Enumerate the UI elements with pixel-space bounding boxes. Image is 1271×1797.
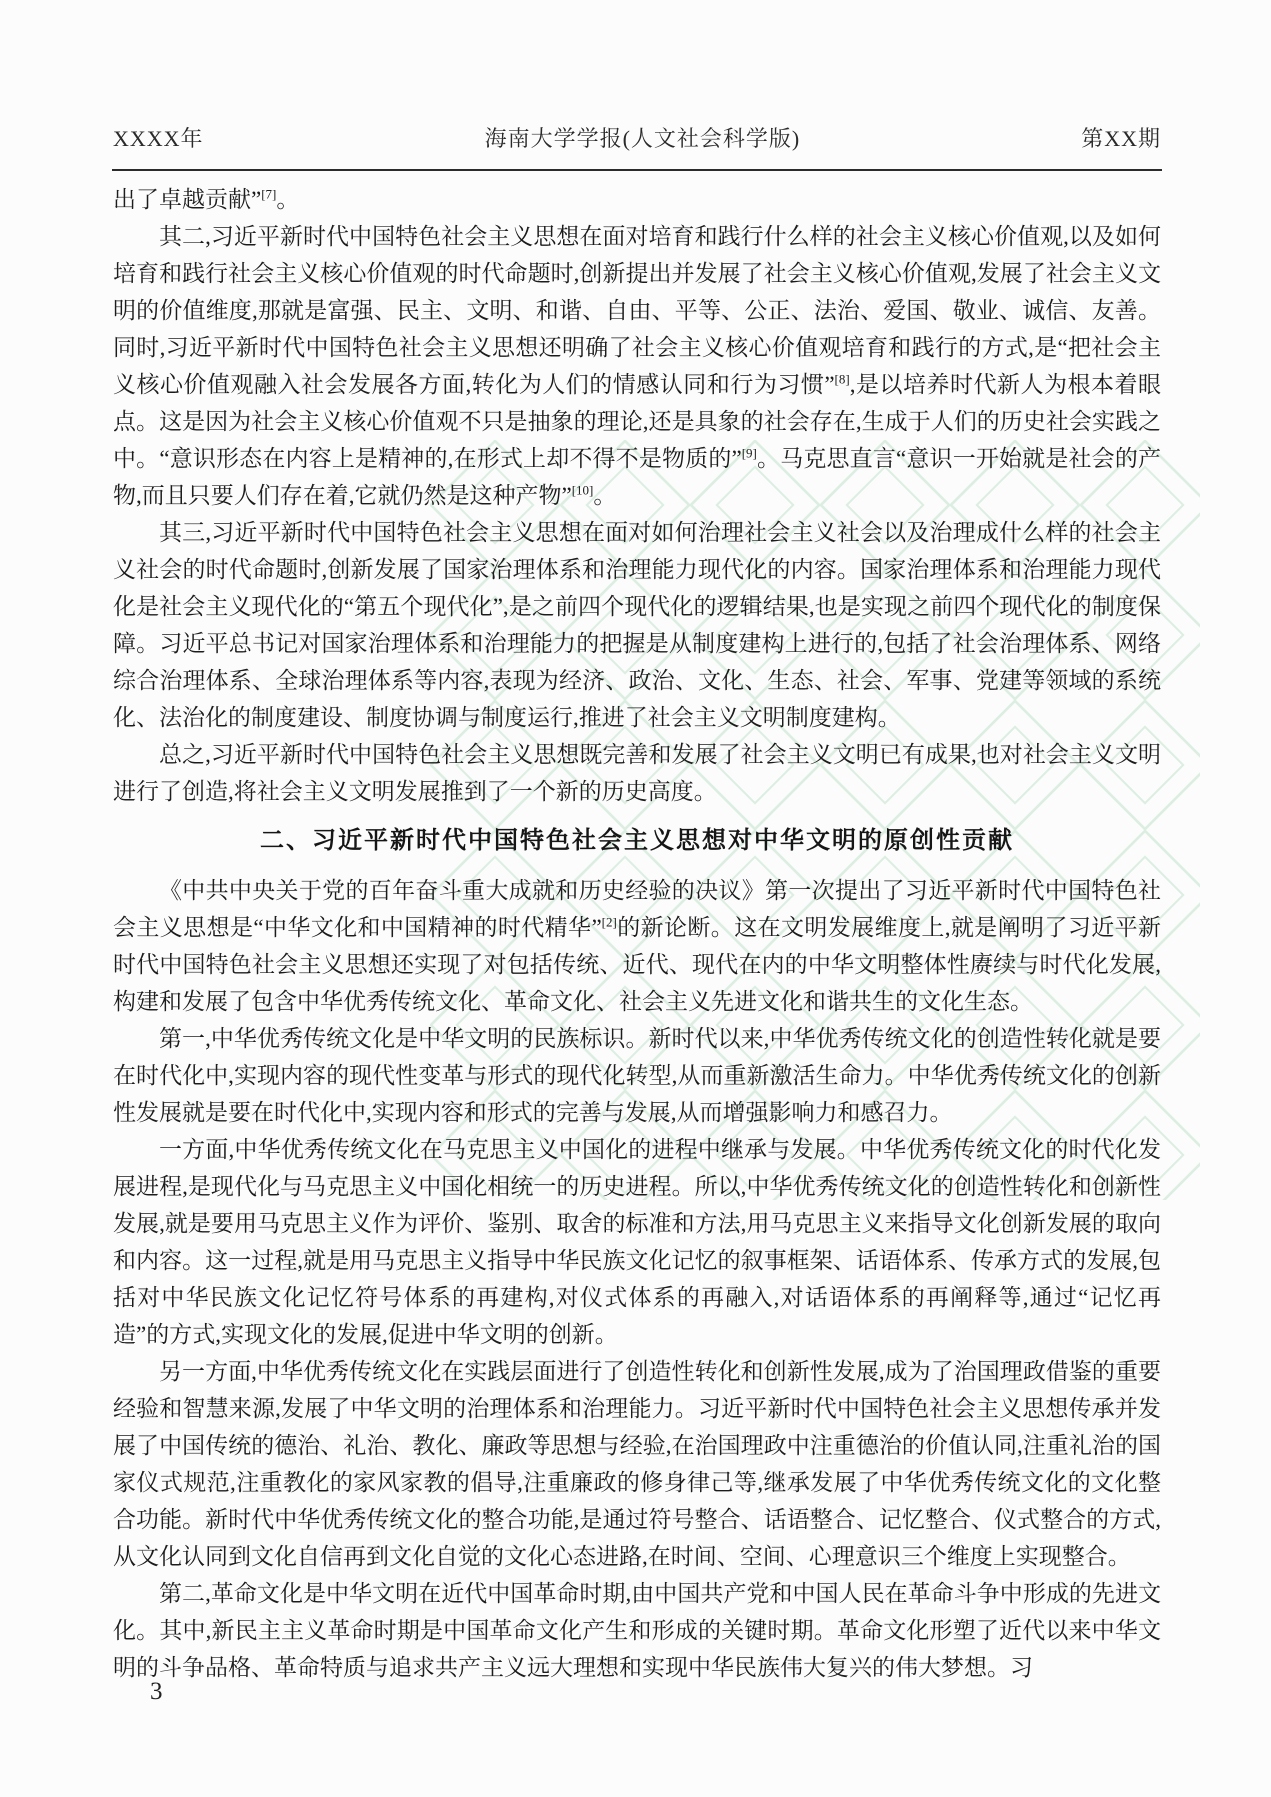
header-rule: [112, 169, 1162, 171]
article-body: 出了卓越贡献”[7]。其二,习近平新时代中国特色社会主义思想在面对培育和践行什么…: [113, 181, 1161, 1686]
citation-ref: [10]: [572, 482, 594, 497]
citation-ref: [9]: [742, 445, 757, 460]
paragraph: 总之,习近平新时代中国特色社会主义思想既完善和发展了社会主义文明已有成果,也对社…: [113, 736, 1161, 810]
journal-title: 海南大学学报(人文社会科学版): [204, 122, 1082, 153]
paragraph: 其三,习近平新时代中国特色社会主义思想在面对如何治理社会主义社会以及治理成什么样…: [113, 514, 1161, 736]
paragraph: 一方面,中华优秀传统文化在马克思主义中国化的进程中继承与发展。中华优秀传统文化的…: [113, 1131, 1161, 1353]
paragraph: 其二,习近平新时代中国特色社会主义思想在面对培育和践行什么样的社会主义核心价值观…: [113, 218, 1161, 514]
citation-ref: [8]: [835, 371, 850, 386]
page-header: XXXX年 海南大学学报(人文社会科学版) 第XX期: [113, 122, 1161, 153]
section-heading: 二、习近平新时代中国特色社会主义思想对中华文明的原创性贡献: [113, 819, 1161, 863]
citation-ref: [7]: [261, 186, 276, 201]
paragraph: 第一,中华优秀传统文化是中华文明的民族标识。新时代以来,中华优秀传统文化的创造性…: [113, 1020, 1161, 1131]
paragraph: 《中共中央关于党的百年奋斗重大成就和历史经验的决议》第一次提出了习近平新时代中国…: [113, 872, 1161, 1020]
page-number: 3: [150, 1678, 163, 1706]
citation-ref: [2]: [602, 914, 617, 929]
journal-issue: 第XX期: [1081, 122, 1161, 153]
paragraph: 第二,革命文化是中华文明在近代中国革命时期,由中国共产党和中国人民在革命斗争中形…: [113, 1575, 1161, 1686]
journal-year: XXXX年: [113, 122, 204, 153]
paragraph: 另一方面,中华优秀传统文化在实践层面进行了创造性转化和创新性发展,成为了治国理政…: [113, 1353, 1161, 1575]
paragraph: 出了卓越贡献”[7]。: [113, 181, 1161, 218]
